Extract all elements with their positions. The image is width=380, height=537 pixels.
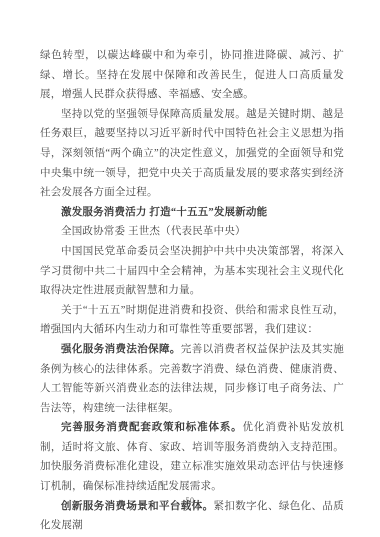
proposal-author: 全国政协常委 王世杰（代表民革中央） — [40, 222, 344, 242]
paragraph-party-leadership: 坚持以党的坚强领导保障高质量发展。越是关键时期、越是任务艰巨，越要坚持以习近平新… — [40, 105, 344, 203]
document-page: 绿色转型，以碳达峰碳中和为牵引，协同推进降碳、减污、扩绿、增长。坚持在发展中保障… — [0, 0, 380, 537]
paragraph-suggestion-intro: 关于“十五五”时期促进消费和投资、供给和需求良性互动，增强国内大循环内生动力和可… — [40, 301, 344, 340]
suggestion-1-lead: 强化服务消费法治保障。 — [61, 344, 181, 355]
paragraph-suggestion-1: 强化服务消费法治保障。完善以消费者权益保护法及其实施条例为核心的法律体系。完善数… — [40, 340, 344, 418]
paragraph-continuation: 绿色转型，以碳达峰碳中和为牵引，协同推进降碳、减污、扩绿、增长。坚持在发展中保障… — [40, 46, 344, 105]
suggestion-2-lead: 完善服务消费配套政策和标准体系。 — [61, 422, 243, 433]
document-body: 绿色转型，以碳达峰碳中和为牵引，协同推进降碳、减污、扩绿、增长。坚持在发展中保障… — [40, 46, 344, 536]
page-number: 50 — [0, 496, 380, 505]
paragraph-suggestion-2: 完善服务消费配套政策和标准体系。优化消费补贴发放机制，适时将文旅、体育、家政、培… — [40, 418, 344, 496]
proposal-title: 激发服务消费活力 打造“十五五”发展新动能 — [40, 203, 344, 223]
paragraph-endorsement: 中国国民党革命委员会坚决拥护中共中央决策部署，将深入学习贯彻中共二十届四中全会精… — [40, 242, 344, 301]
